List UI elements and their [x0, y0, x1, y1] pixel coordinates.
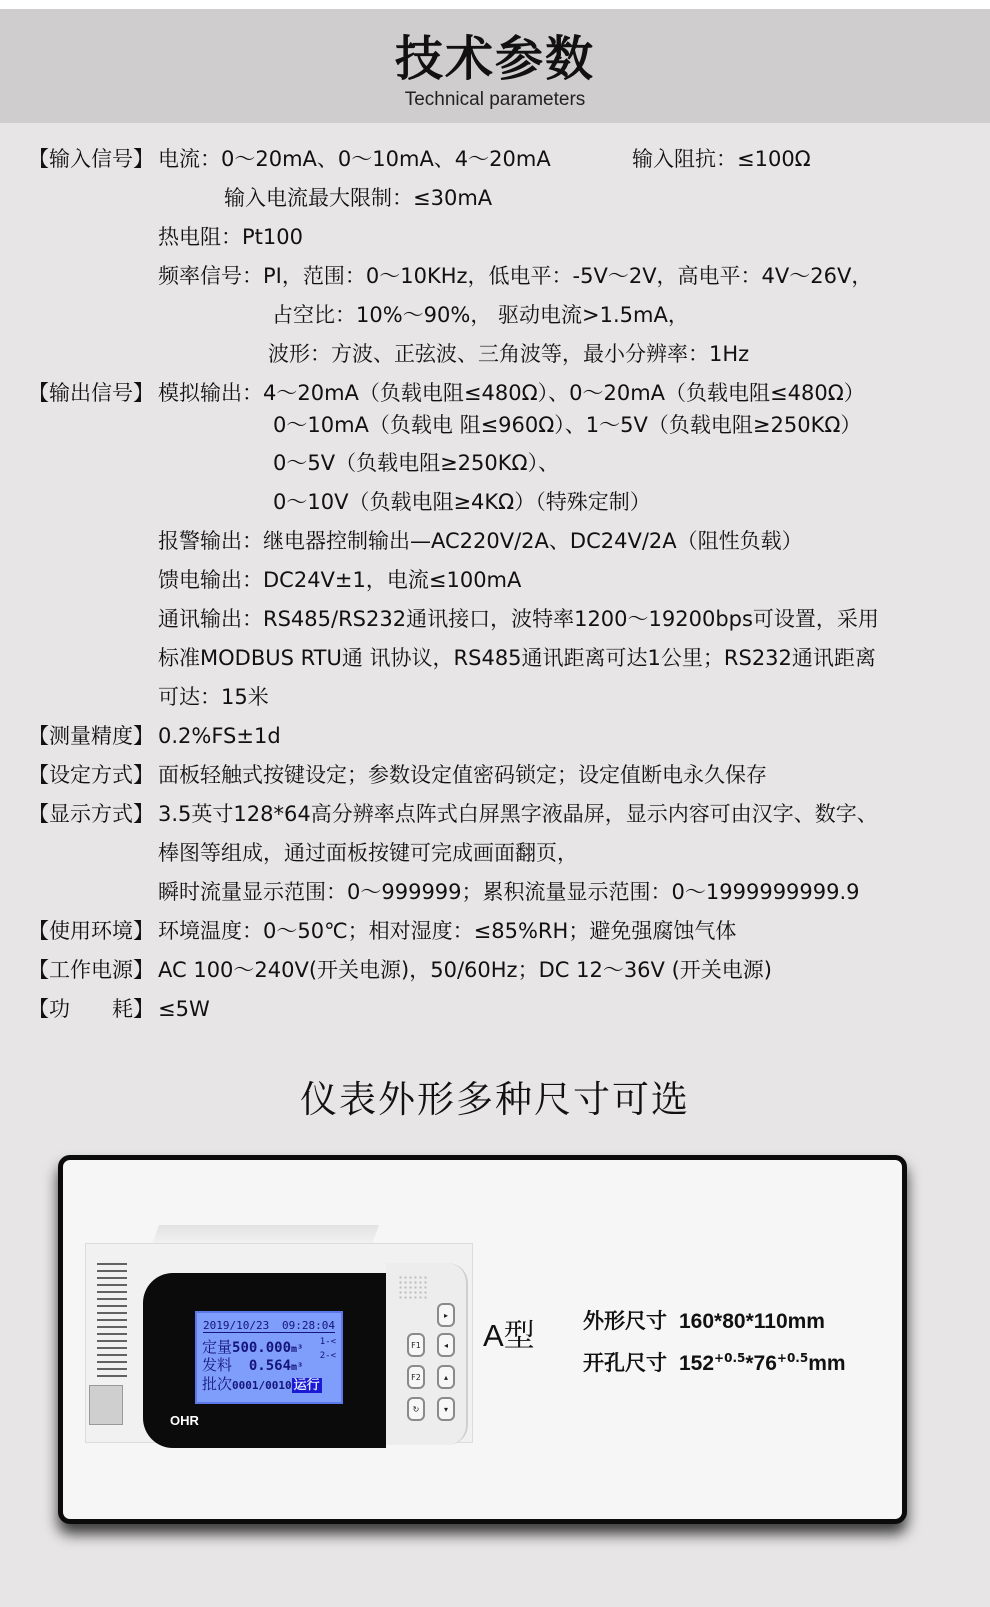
- size-card: 2019/10/23 09:28:04 定量500.000m³ 发料 0.564…: [58, 1155, 907, 1524]
- spec-output-analog-3: 0～5V（负载电阻≥250KΩ）、: [273, 444, 559, 483]
- spec-accuracy-value: 0.2%FS±1d: [158, 717, 281, 756]
- outer-dimension-value: 160*80*110mm: [679, 1310, 825, 1333]
- outer-dimension: 外形尺寸160*80*110mm: [583, 1308, 825, 1335]
- spec-display-1: 3.5英寸128*64高分辨率点阵式白屏黑字液晶屏，显示内容可由汉字、数字、: [158, 795, 878, 834]
- spec-label-display: 【显示方式】: [28, 795, 154, 834]
- key-f2: F2: [407, 1365, 425, 1389]
- lcd-status: 运行: [292, 1378, 322, 1393]
- spec-output-comm-1: 通讯输出：RS485/RS232通讯接口，波特率1200～19200bps可设置…: [158, 600, 879, 639]
- vent-icon: [97, 1263, 127, 1381]
- spec-consumption-value: ≤5W: [158, 990, 210, 1029]
- outer-dimension-label: 外形尺寸: [583, 1309, 667, 1333]
- top-strip: [0, 0, 990, 9]
- spec-display-3: 瞬时流量显示范围：0～999999；累积流量显示范围：0～1999999999.…: [158, 873, 860, 912]
- spec-label-input: 【输入信号】: [28, 140, 154, 179]
- key-reset-icon: ↻: [407, 1397, 425, 1421]
- spec-label-environment: 【使用环境】: [28, 912, 154, 951]
- spec-label-power: 【工作电源】: [28, 951, 154, 990]
- spec-input-waveform: 波形：方波、正弦波、三角波等，最小分辨率：1Hz: [268, 335, 749, 374]
- spec-setting-value: 面板轻触式按键设定；参数设定值密码锁定；设定值断电永久保存: [158, 756, 767, 795]
- cutout-dimension: 开孔尺寸152+0.5*76+0.5mm: [583, 1350, 846, 1377]
- spec-input-current: 电流：0～20mA、0～10mA、4～20mA: [158, 140, 551, 179]
- lcd-datetime: 2019/10/23 09:28:04: [203, 1319, 335, 1333]
- spec-label-consumption: 【功 耗】: [28, 990, 154, 1029]
- spec-label-setting: 【设定方式】: [28, 756, 154, 795]
- spec-output-feed: 馈电输出：DC24V±1，电流≤100mA: [158, 561, 521, 600]
- header-band: 技术参数 Technical parameters: [0, 9, 990, 123]
- spec-input-duty: 占空比：10%～90%， 驱动电流>1.5mA，: [272, 296, 689, 335]
- key-panel: ▸ F1 ◂ F2 ▴ ↻ ▾: [386, 1263, 468, 1445]
- lcd-row-batch: 批次0001/0010运行: [202, 1376, 322, 1394]
- spec-output-alarm: 报警输出：继电器控制输出—AC220V/2A、DC24V/2A（阻性负载）: [158, 522, 803, 561]
- lcd-screen: 2019/10/23 09:28:04 定量500.000m³ 发料 0.564…: [195, 1311, 343, 1404]
- device-image: 2019/10/23 09:28:04 定量500.000m³ 发料 0.564…: [85, 1225, 465, 1445]
- page-subtitle: Technical parameters: [0, 89, 990, 111]
- relay-1-icon: 1-<: [320, 1337, 336, 1348]
- cutout-dimension-label: 开孔尺寸: [583, 1351, 667, 1375]
- spec-label-accuracy: 【测量精度】: [28, 717, 154, 756]
- sizes-title: 仪表外形多种尺寸可选: [0, 1075, 990, 1125]
- spec-label-output: 【输出信号】: [28, 374, 154, 413]
- lcd-row-issued: 发料 0.564m³: [202, 1357, 303, 1376]
- spec-output-comm-3: 可达：15米: [158, 678, 269, 717]
- key-left-icon: ◂: [437, 1333, 455, 1357]
- page-title: 技术参数: [0, 31, 990, 87]
- spec-environment-value: 环境温度：0～50℃；相对湿度：≤85%RH；避免强腐蚀气体: [158, 912, 736, 951]
- terminal-icon: [89, 1385, 123, 1425]
- spec-input-rtd: 热电阻：Pt100: [158, 218, 303, 257]
- spec-output-analog-4: 0～10V（负载电阻≥4KΩ）（特殊定制）: [273, 483, 651, 522]
- spec-input-max: 输入电流最大限制：≤30mA: [224, 179, 492, 218]
- brand-logo: OHR: [170, 1413, 199, 1428]
- key-down-icon: ▾: [437, 1397, 455, 1421]
- lcd-date: 2019/10/23: [203, 1319, 269, 1332]
- key-right-icon: ▸: [437, 1303, 455, 1327]
- lcd-time: 09:28:04: [282, 1319, 335, 1332]
- spec-output-analog-2: 0～10mA（负载电 阻≤960Ω）、1～5V（负载电阻≥250KΩ）: [273, 406, 861, 445]
- relay-2-icon: 2-<: [320, 1351, 336, 1362]
- model-label: A型: [483, 1318, 535, 1354]
- key-up-icon: ▴: [437, 1365, 455, 1389]
- spec-output-comm-2: 标准MODBUS RTU通 讯协议，RS485通讯距离可达1公里；RS232通讯…: [158, 639, 876, 678]
- spec-input-impedance: 输入阻抗：≤100Ω: [632, 140, 811, 179]
- spec-input-frequency: 频率信号：PI，范围：0～10KHz，低电平：-5V～2V，高电平：4V～26V…: [158, 257, 872, 296]
- key-f1: F1: [407, 1333, 425, 1357]
- speaker-icon: [398, 1275, 428, 1299]
- spec-display-2: 棒图等组成，通过面板按键可完成画面翻页，: [158, 834, 578, 873]
- spec-power-value: AC 100～240V(开关电源)，50/60Hz；DC 12～36V (开关电…: [158, 951, 772, 990]
